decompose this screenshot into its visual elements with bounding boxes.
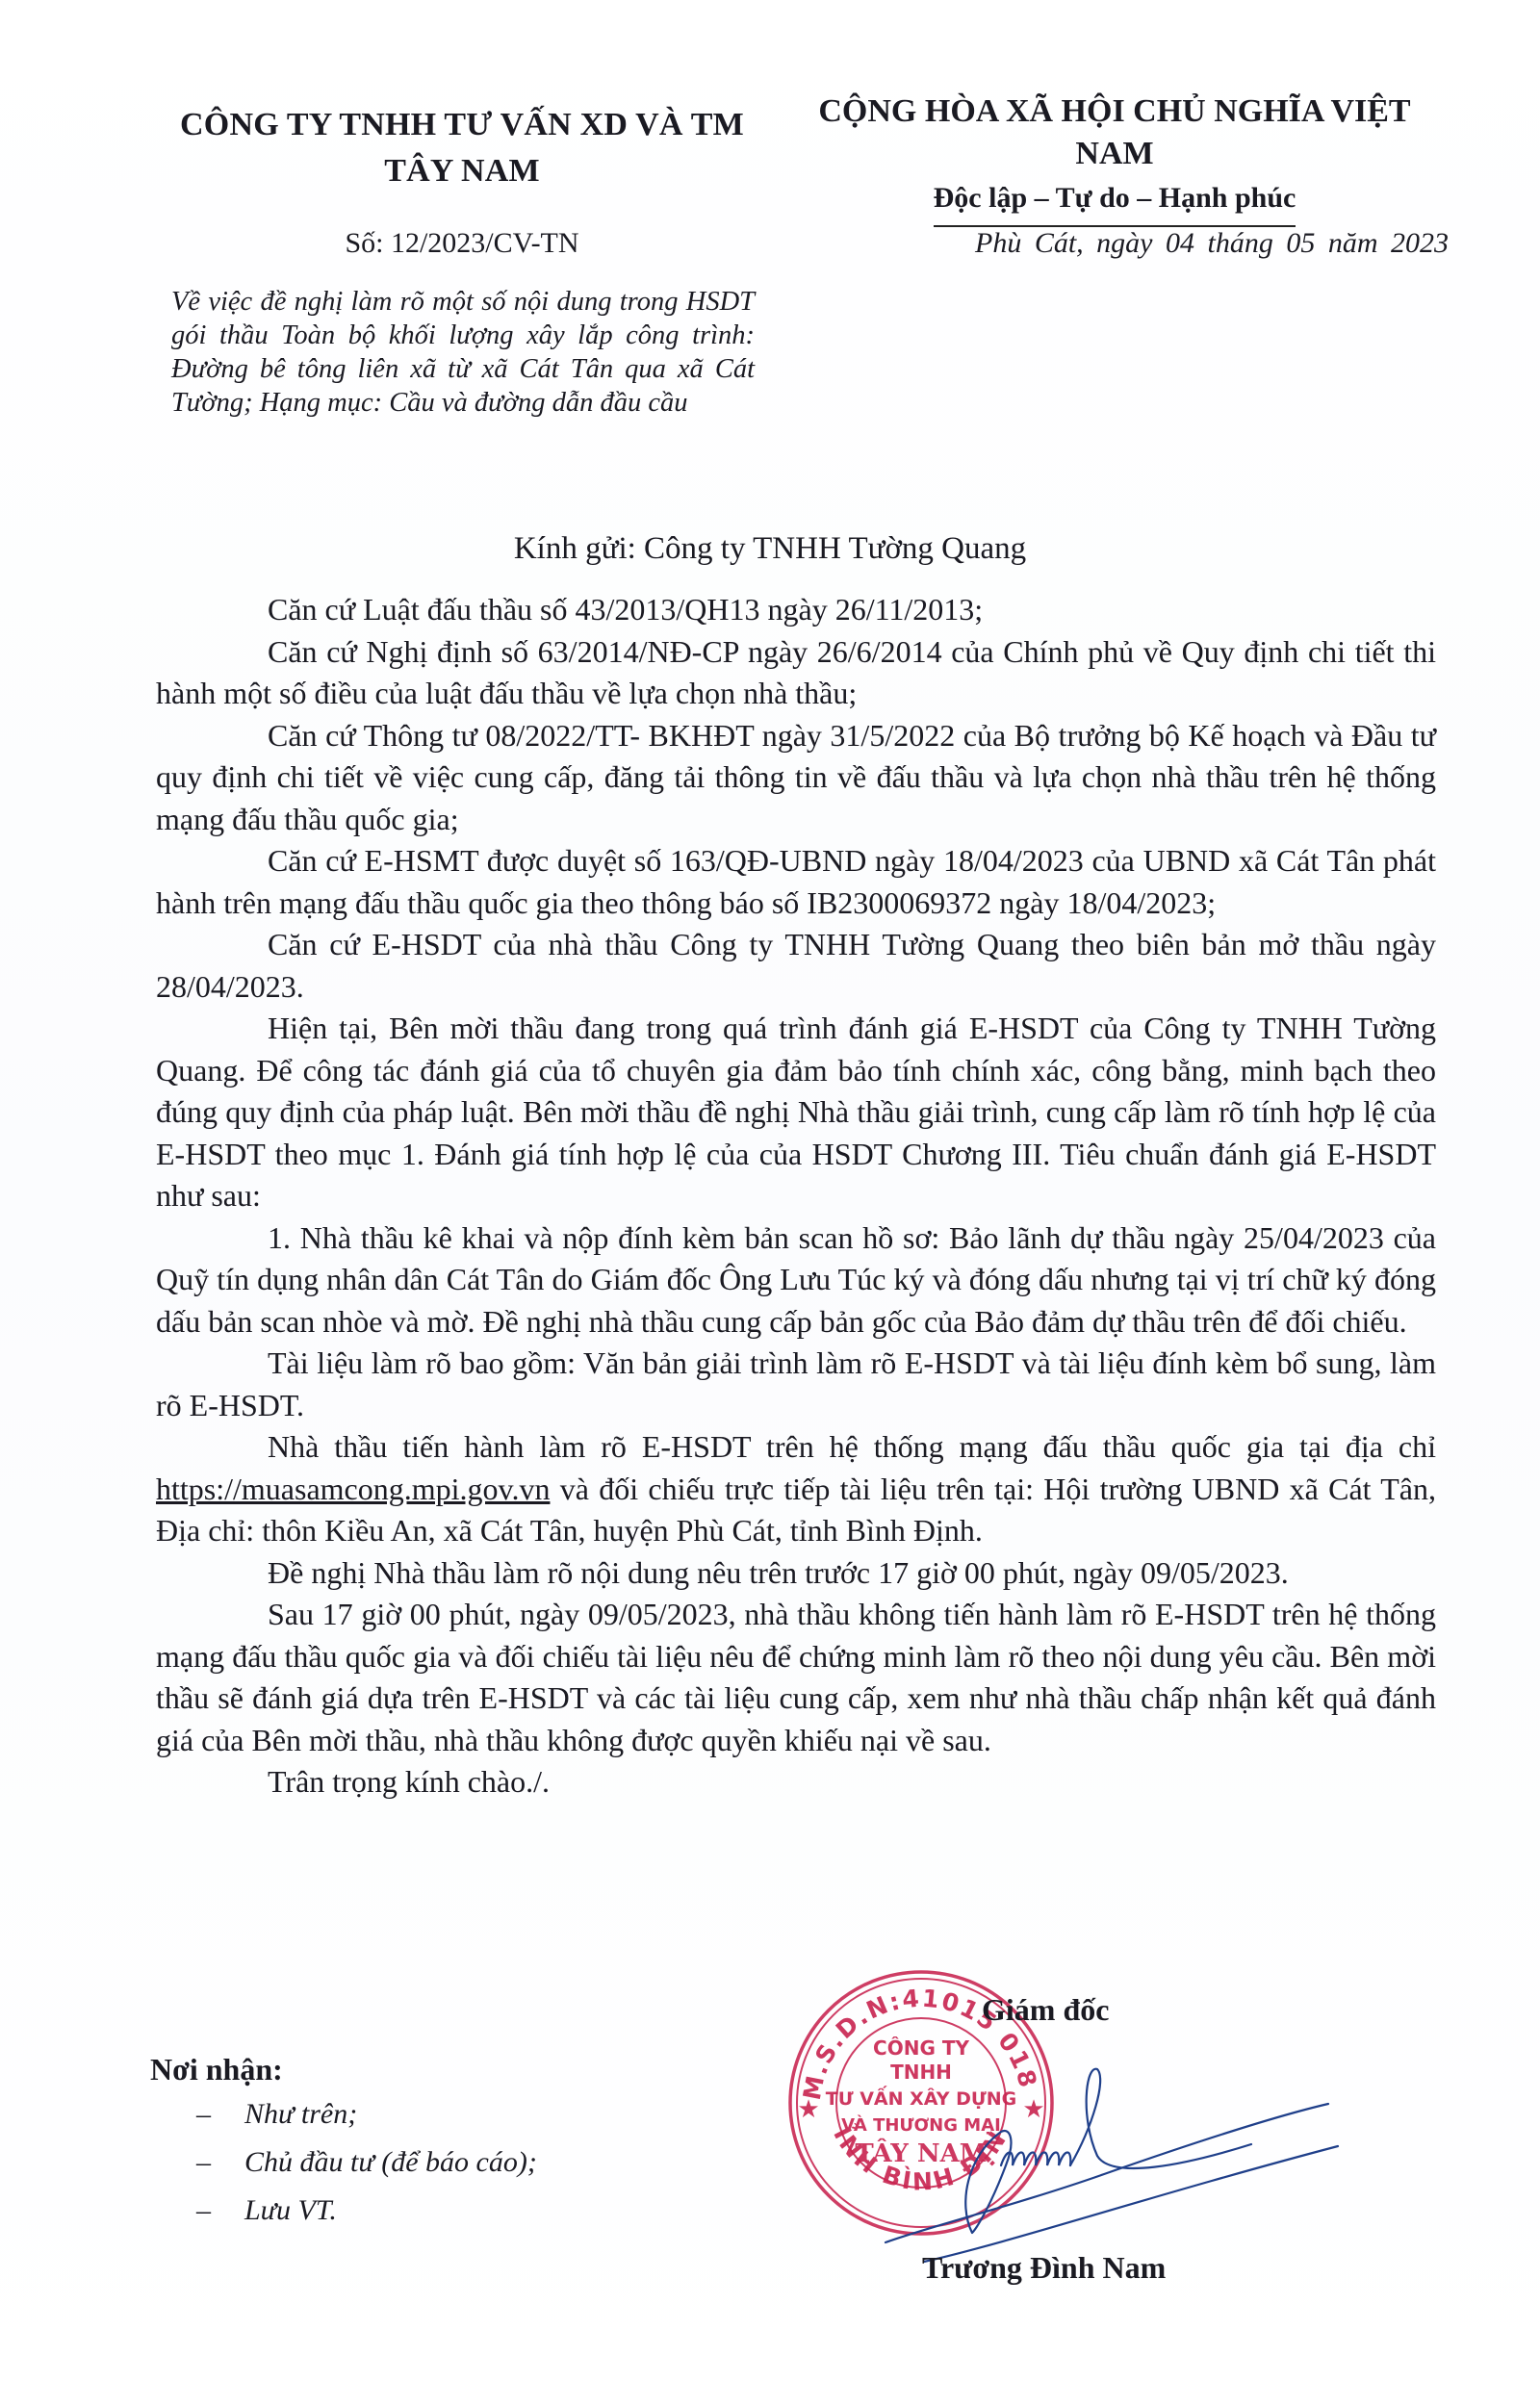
addressee: Kính gửi: Công ty TNHH Tường Quang bbox=[0, 531, 1540, 567]
signature-title: Giám đốc bbox=[982, 1992, 1109, 2028]
dash-bullet: – bbox=[196, 2090, 244, 2138]
body-paragraph: Căn cứ Luật đấu thầu số 43/2013/QH13 ngà… bbox=[156, 589, 1436, 631]
national-heading: CỘNG HÒA XÃ HỘI CHỦ NGHĨA VIỆT NAM Độc l… bbox=[778, 90, 1451, 227]
body-paragraph: Căn cứ E-HSDT của nhà thầu Công ty TNHH … bbox=[156, 924, 1436, 1008]
body-paragraph: Tài liệu làm rõ bao gồm: Văn bản giải tr… bbox=[156, 1343, 1436, 1426]
online-clarification-paragraph: Nhà thầu tiến hành làm rõ E-HSDT trên hệ… bbox=[156, 1426, 1436, 1552]
document-number: Số: 12/2023/CV-TN bbox=[154, 227, 770, 260]
recipients-list: Nơi nhận: –Như trên; –Chủ đầu tư (để báo… bbox=[150, 2048, 537, 2235]
issuing-organization: CÔNG TY TNHH TƯ VẤN XD VÀ TM TÂY NAM bbox=[154, 102, 770, 194]
recipient-text: Chủ đầu tư (để báo cáo); bbox=[244, 2146, 537, 2178]
body-paragraph: Căn cứ Thông tư 08/2022/TT- BKHĐT ngày 3… bbox=[156, 715, 1436, 841]
body-paragraph: Căn cứ Nghị định số 63/2014/NĐ-CP ngày 2… bbox=[156, 631, 1436, 715]
recipients-title: Nơi nhận: bbox=[150, 2048, 537, 2090]
recipient-item: –Như trên; bbox=[150, 2090, 537, 2138]
body-paragraph: Đề nghị Nhà thầu làm rõ nội dung nêu trê… bbox=[156, 1552, 1436, 1595]
closing-salutation: Trân trọng kính chào./. bbox=[156, 1761, 1436, 1804]
procurement-portal-link[interactable]: https://muasamcong.mpi.gov.vn bbox=[156, 1472, 550, 1506]
national-motto: Độc lập – Tự do – Hạnh phúc bbox=[934, 179, 1296, 227]
body-paragraph: 1. Nhà thầu kê khai và nộp đính kèm bản … bbox=[156, 1217, 1436, 1344]
seal-line: CÔNG TY bbox=[873, 2036, 969, 2060]
signer-name: Trương Đình Nam bbox=[922, 2250, 1166, 2286]
recipient-item: –Chủ đầu tư (để báo cáo); bbox=[150, 2138, 537, 2187]
recipient-text: Lưu VT. bbox=[244, 2194, 337, 2226]
document-subject: Về việc đề nghị làm rõ một số nội dung t… bbox=[171, 285, 755, 420]
recipient-item: –Lưu VT. bbox=[150, 2187, 537, 2235]
svg-text:★: ★ bbox=[797, 2095, 819, 2124]
dash-bullet: – bbox=[196, 2187, 244, 2235]
nation-title: CỘNG HÒA XÃ HỘI CHỦ NGHĨA VIỆT NAM bbox=[778, 90, 1451, 175]
paragraph-text: Nhà thầu tiến hành làm rõ E-HSDT trên hệ… bbox=[268, 1429, 1436, 1464]
letter-body: Căn cứ Luật đấu thầu số 43/2013/QH13 ngà… bbox=[156, 589, 1436, 1804]
place-date: Phù Cát, ngày 04 tháng 05 năm 2023 bbox=[871, 227, 1449, 260]
handwritten-signature-icon bbox=[866, 2060, 1347, 2281]
body-paragraph: Hiện tại, Bên mời thầu đang trong quá tr… bbox=[156, 1008, 1436, 1217]
recipient-text: Như trên; bbox=[244, 2098, 357, 2130]
body-paragraph: Căn cứ E-HSMT được duyệt số 163/QĐ-UBND … bbox=[156, 840, 1436, 924]
dash-bullet: – bbox=[196, 2138, 244, 2187]
body-paragraph: Sau 17 giờ 00 phút, ngày 09/05/2023, nhà… bbox=[156, 1594, 1436, 1761]
organization-name-line1: CÔNG TY TNHH TƯ VẤN XD VÀ TM bbox=[154, 102, 770, 148]
document-page: CÔNG TY TNHH TƯ VẤN XD VÀ TM TÂY NAM CỘN… bbox=[0, 0, 1540, 2407]
organization-name-line2: TÂY NAM bbox=[154, 148, 770, 194]
